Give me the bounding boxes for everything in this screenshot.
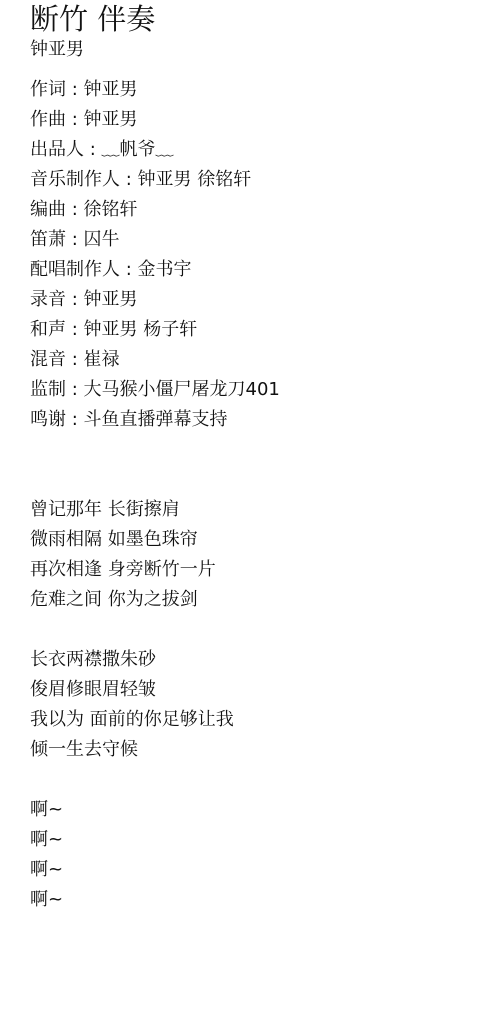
credit-flute: 笛萧 : 囚牛 xyxy=(30,225,500,255)
artist-name: 钟亚男 xyxy=(30,35,500,65)
lyric-line: 啊~ xyxy=(30,855,500,885)
credit-arranger: 编曲 : 徐铭轩 xyxy=(30,195,500,225)
credit-thanks: 鸣谢 : 斗鱼直播弹幕支持 xyxy=(30,405,500,435)
spacer xyxy=(30,615,500,645)
credit-supervisor: 监制 : 大马猴小僵尸屠龙刀401 xyxy=(30,375,500,405)
spacer xyxy=(30,435,500,465)
lyric-line: 再次相逢 身旁断竹一片 xyxy=(30,555,500,585)
lyric-line: 长衣两襟撒朱砂 xyxy=(30,645,500,675)
lyric-line: 啊~ xyxy=(30,885,500,915)
credits-list: 作词 : 钟亚男 作曲 : 钟亚男 出品人 : ﹏帆爷﹏ 音乐制作人 : 钟亚男… xyxy=(30,75,500,435)
credit-music-producer: 音乐制作人 : 钟亚男 徐铭轩 xyxy=(30,165,500,195)
spacer xyxy=(30,765,500,795)
lyric-line: 我以为 面前的你足够让我 xyxy=(30,705,500,735)
lyric-line: 倾一生去守候 xyxy=(30,735,500,765)
lyric-line: 危难之间 你为之拔剑 xyxy=(30,585,500,615)
credit-lyricist: 作词 : 钟亚男 xyxy=(30,75,500,105)
lyric-line: 俊眉修眼眉轻皱 xyxy=(30,675,500,705)
lyric-line: 微雨相隔 如墨色珠帘 xyxy=(30,525,500,555)
credit-producer: 出品人 : ﹏帆爷﹏ xyxy=(30,135,500,165)
lyric-line: 曾记那年 长街擦肩 xyxy=(30,495,500,525)
credit-mixing: 混音 : 崔禄 xyxy=(30,345,500,375)
credit-composer: 作曲 : 钟亚男 xyxy=(30,105,500,135)
spacer xyxy=(30,465,500,495)
lyrics-stanza-3: 啊~ 啊~ 啊~ 啊~ xyxy=(30,795,500,915)
lyrics-page: 断竹 伴奏 钟亚男 作词 : 钟亚男 作曲 : 钟亚男 出品人 : ﹏帆爷﹏ 音… xyxy=(30,0,500,915)
lyrics-stanza-2: 长衣两襟撒朱砂 俊眉修眼眉轻皱 我以为 面前的你足够让我 倾一生去守候 xyxy=(30,645,500,765)
credit-vocal-producer: 配唱制作人 : 金书宇 xyxy=(30,255,500,285)
lyric-line: 啊~ xyxy=(30,795,500,825)
song-title: 断竹 伴奏 xyxy=(30,1,500,37)
credit-harmony: 和声 : 钟亚男 杨子轩 xyxy=(30,315,500,345)
lyric-line: 啊~ xyxy=(30,825,500,855)
lyrics-stanza-1: 曾记那年 长街擦肩 微雨相隔 如墨色珠帘 再次相逢 身旁断竹一片 危难之间 你为… xyxy=(30,495,500,615)
credit-recording: 录音 : 钟亚男 xyxy=(30,285,500,315)
